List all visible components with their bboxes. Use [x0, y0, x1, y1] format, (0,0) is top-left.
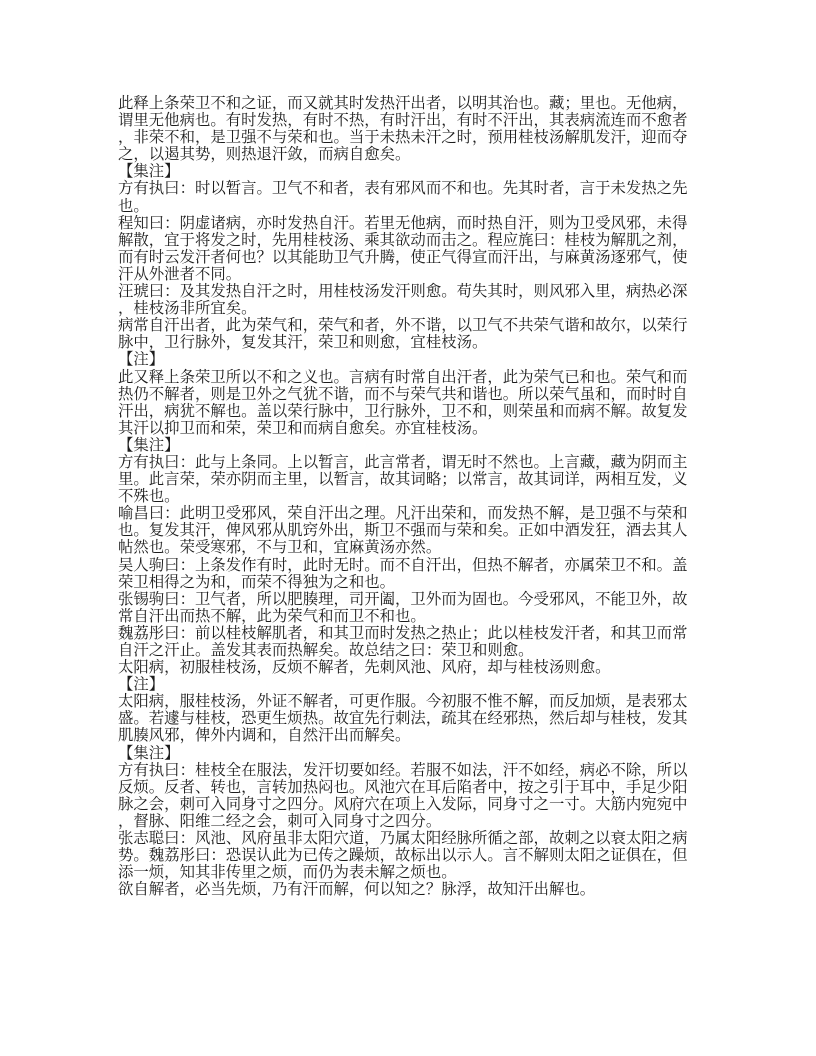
text-paragraph: 程知曰：阴虚诸病，亦时发热自汗。若里无他病，而时热自汗，则为卫受风邪，未得解散，… — [118, 215, 699, 283]
text-paragraph: 病常自汗出者，此为荣气和，荣气和者，外不谐，以卫气不共荣气谐和故尔，以荣行脉中，… — [118, 317, 699, 351]
text-paragraph: 太阳病，服桂枝汤，外证不解者，可更作服。今初服不惟不解，而反加烦，是表邪太盛。若… — [118, 693, 699, 744]
text-block: 此释上条荣卫不和之证，而又就其时发热汗出者，以明其治也。藏；里也。无他病，谓里无… — [118, 95, 699, 898]
text-paragraph: 方有执曰：时以暂言。卫气不和者，表有邪风而不和也。先其时者，言于未发热之先也。 — [118, 180, 699, 214]
text-paragraph: 太阳病，初服桂枝汤，反烦不解者，先刺风池、风府，却与桂枝汤则愈。 — [118, 659, 699, 676]
section-heading: 【集注】 — [118, 163, 699, 180]
text-paragraph: 方有执曰：桂枝全在服法，发汗切要如经。若服不如法，汗不如经，病必不除，所以反烦。… — [118, 762, 699, 830]
text-paragraph: 喻昌曰：此明卫受邪风，荣自汗出之理。凡汗出荣和，而发热不解，是卫强不与荣和也。复… — [118, 505, 699, 556]
document-page: 此释上条荣卫不和之证，而又就其时发热汗出者，以明其治也。藏；里也。无他病，谓里无… — [0, 0, 816, 1056]
text-paragraph: 张锡驹曰：卫气者，所以肥腠理，司开阖，卫外而为固也。今受邪风，不能卫外，故常自汗… — [118, 591, 699, 625]
text-paragraph: 欲自解者，必当先烦，乃有汗而解，何以知之？脉浮，故知汗出解也。 — [118, 881, 699, 898]
section-heading: 【集注】 — [118, 745, 699, 762]
section-heading: 【注】 — [118, 351, 699, 368]
section-heading: 【集注】 — [118, 437, 699, 454]
text-paragraph: 汪琥曰：及其发热自汗之时，用桂枝汤发汗则愈。苟失其时，则风邪入里，病热必深，桂枝… — [118, 283, 699, 317]
text-paragraph: 魏荔彤曰：前以桂枝解肌者，和其卫而时发热之热止；此以桂枝发汗者，和其卫而常自汗之… — [118, 625, 699, 659]
text-paragraph: 方有执曰：此与上条同。上以暂言，此言常者，谓无时不然也。上言藏，藏为阴而主里。此… — [118, 454, 699, 505]
text-paragraph: 此又释上条荣卫所以不和之义也。言病有时常自出汗者，此为荣气已和也。荣气和而热仍不… — [118, 369, 699, 437]
text-paragraph: 张志聪曰：风池、风府虽非太阳穴道，乃属太阳经脉所循之部，故刺之以衰太阳之病势。魏… — [118, 830, 699, 881]
text-paragraph: 吴人驹曰：上条发作有时，此时无时。而不自汗出，但热不解者，亦属荣卫不和。盖荣卫相… — [118, 557, 699, 591]
section-heading: 【注】 — [118, 676, 699, 693]
text-paragraph: 此释上条荣卫不和之证，而又就其时发热汗出者，以明其治也。藏；里也。无他病，谓里无… — [118, 95, 699, 163]
